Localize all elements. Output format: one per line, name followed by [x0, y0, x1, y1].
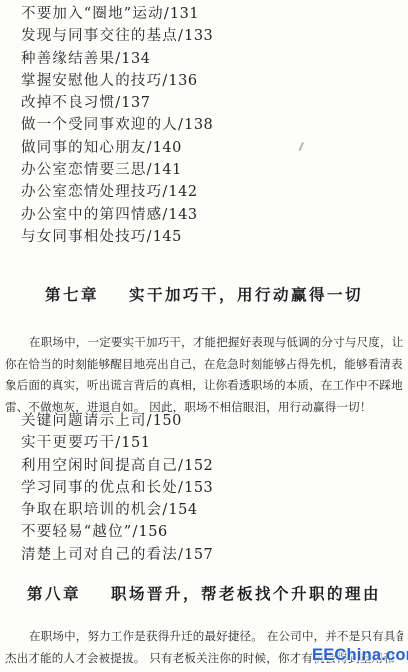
toc-item-page: 137 [121, 95, 150, 111]
toc-item-page: 141 [153, 162, 182, 178]
toc-item-page: 136 [168, 73, 197, 89]
toc-item: 做同事的知心朋友/140 [21, 137, 213, 159]
toc-list-chapter-7: 关键问题请示上司/150实干更要巧干/151利用空闲时间提高自己/152学习同事… [21, 410, 213, 566]
toc-item-title: 做一个受同事欢迎的人 [21, 117, 178, 133]
chapter-8-title: 职场晋升，帮老板找个升职的理由 [111, 584, 381, 603]
toc-item: 办公室中的第四情感/143 [21, 204, 213, 226]
toc-item-title: 掌握安慰他人的技巧 [21, 73, 162, 89]
toc-item-page: 151 [121, 435, 150, 451]
toc-item: 学习同事的优点和长处/153 [21, 477, 213, 499]
toc-item-page: 156 [139, 524, 168, 540]
toc-item: 不要轻易“越位”/156 [21, 521, 213, 543]
toc-item-page: 142 [168, 184, 197, 200]
toc-list-part-6: 不要加入“圈地”运动/131发现与同事交往的基点/133种善缘结善果/134掌握… [21, 3, 213, 248]
toc-item-page: 154 [168, 502, 197, 518]
toc-item-page: 138 [184, 117, 213, 133]
toc-item: 掌握安慰他人的技巧/136 [21, 70, 213, 92]
toc-item-title: 不要轻易“越位” [21, 524, 132, 540]
chapter-7-number: 第七章 [45, 285, 99, 304]
book-page: 不要加入“圈地”运动/131发现与同事交往的基点/133种善缘结善果/134掌握… [0, 0, 408, 672]
toc-item-title: 清楚上司对自己的看法 [21, 547, 178, 563]
toc-item-title: 种善缘结善果 [21, 51, 115, 67]
toc-item: 办公室恋情处理技巧/142 [21, 181, 213, 203]
toc-item-page: 150 [153, 413, 182, 429]
toc-item-page: 131 [170, 6, 199, 22]
toc-item-title: 实干更要巧干 [21, 435, 115, 451]
paragraph-line: 象后面的真实，听出谎言背后的真相，让你看透职场的本质，在工作中不踩地 [5, 375, 403, 397]
chapter-7-intro-paragraph: 在职场中，一定要实干加巧干，才能把握好表现与低调的分寸与尺度，让 你在恰当的时刻… [5, 332, 403, 418]
toc-item-title: 办公室恋情要三思 [21, 162, 147, 178]
toc-item-title: 办公室中的第四情感 [21, 207, 162, 223]
paragraph-line: 在职场中，努力工作是获得升迁的最好捷径。 在公司中，并不是只有具备 [5, 626, 403, 648]
toc-item-page: 152 [184, 458, 213, 474]
toc-item: 争取在职培训的机会/154 [21, 499, 213, 521]
paragraph-line: 在职场中，一定要实干加巧干，才能把握好表现与低调的分寸与尺度，让 [5, 332, 403, 354]
toc-item: 实干更要巧干/151 [21, 432, 213, 454]
toc-item: 做一个受同事欢迎的人/138 [21, 114, 213, 136]
toc-item-title: 不要加入“圈地”运动 [21, 6, 164, 22]
toc-item-page: 145 [153, 229, 182, 245]
toc-item: 不要加入“圈地”运动/131 [21, 3, 213, 25]
toc-item-page: 157 [184, 547, 213, 563]
toc-item: 与女同事相处技巧/145 [21, 226, 213, 248]
toc-item-title: 发现与同事交往的基点 [21, 28, 178, 44]
chapter-7-title: 实干加巧干，用行动赢得一切 [129, 285, 363, 304]
toc-item-title: 做同事的知心朋友 [21, 140, 147, 156]
chapter-8-number: 第八章 [27, 584, 81, 603]
toc-item: 改掉不良习惯/137 [21, 92, 213, 114]
toc-item-title: 与女同事相处技巧 [21, 229, 147, 245]
toc-item: 清楚上司对自己的看法/157 [21, 544, 213, 566]
scan-artifact-speck [298, 142, 308, 153]
toc-item: 发现与同事交往的基点/133 [21, 25, 213, 47]
toc-item-page: 133 [184, 28, 213, 44]
toc-item-page: 153 [184, 480, 213, 496]
toc-item: 利用空闲时间提高自己/152 [21, 455, 213, 477]
toc-item-title: 关键问题请示上司 [21, 413, 147, 429]
toc-item: 关键问题请示上司/150 [21, 410, 213, 432]
toc-item: 办公室恋情要三思/141 [21, 159, 213, 181]
toc-item: 种善缘结善果/134 [21, 48, 213, 70]
toc-item-page: 143 [168, 207, 197, 223]
eechina-watermark: EEChina.com [312, 646, 408, 665]
toc-item-title: 办公室恋情处理技巧 [21, 184, 162, 200]
toc-item-page: 134 [121, 51, 150, 67]
chapter-8-heading: 第八章 职场晋升，帮老板找个升职的理由 [0, 582, 408, 604]
paragraph-line: 你在恰当的时刻能够醒目地亮出自己，在危急时刻能够占得先机，能够看清表 [5, 354, 403, 376]
toc-item-title: 利用空闲时间提高自己 [21, 458, 178, 474]
toc-item-title: 改掉不良习惯 [21, 95, 115, 111]
toc-item-title: 学习同事的优点和长处 [21, 480, 178, 496]
toc-item-title: 争取在职培训的机会 [21, 502, 162, 518]
chapter-7-heading: 第七章 实干加巧干，用行动赢得一切 [0, 283, 408, 305]
toc-item-page: 140 [153, 140, 182, 156]
